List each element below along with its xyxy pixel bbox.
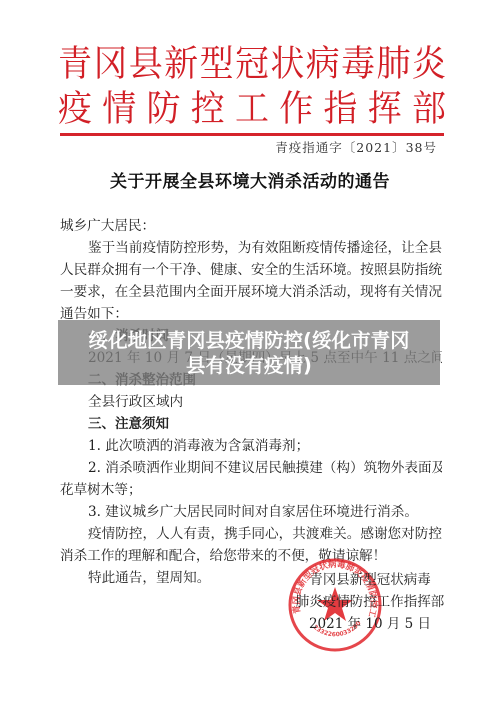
title-char: 冈 [93, 43, 127, 85]
title-char: 挥 [368, 88, 402, 130]
title-char: 县 [129, 43, 163, 85]
section-2-text: 全县行政区域内 [60, 391, 442, 413]
closing-line: 消杀工作的理解和配合，给您带来的不便，敬请谅解！ [60, 545, 442, 567]
title-char: 控 [191, 88, 225, 130]
title-char: 冠 [235, 43, 269, 85]
signature-date: 2021 年 10 月 5 日 [270, 613, 470, 635]
document-number: 青疫指通字〔2021〕38号 [275, 138, 437, 156]
intro-line: 鉴于当前疫情防控形势，为有效阻断疫情传播途径，让全县 [60, 237, 442, 259]
signature-line-2: 肺炎疫情防控工作指挥部 [270, 591, 470, 613]
intro-line: 人民群众拥有一个干净、健康、安全的生活环境。按照县防指统 [60, 259, 442, 281]
caption-line-2: 县有没有疫情) [64, 353, 434, 378]
title-char: 炎 [412, 43, 446, 85]
title-char: 作 [279, 88, 313, 130]
title-char: 肺 [377, 43, 411, 85]
intro-line: 一要求，在全县范围内全面开展环境大消杀活动，现将有关情况 [60, 281, 442, 303]
note-item: 2. 消杀喷洒作业期间不建议居民触摸建（构）筑物外表面及 [60, 457, 442, 479]
title-char: 型 [200, 43, 234, 85]
title-char: 青 [58, 43, 92, 85]
org-title-line-1: 青 冈 县 新 型 冠 状 病 毒 肺 炎 [58, 44, 446, 84]
title-char: 毒 [341, 43, 375, 85]
title-char: 防 [147, 88, 181, 130]
caption-line-1: 绥化地区青冈县疫情防控(绥化市青冈 [64, 328, 434, 353]
title-char: 新 [164, 43, 198, 85]
note-item: 3. 建议城乡广大居民同时间对自家居住环境进行消杀。 [60, 501, 442, 523]
notice-document: 青 冈 县 新 型 冠 状 病 毒 肺 炎 疫 情 防 控 工 作 指 挥 部 … [0, 0, 500, 706]
section-3-heading: 三、注意须知 [60, 413, 442, 435]
closing-line: 疫情防控，人人有责，携手同心，共渡难关。感谢您对防控 [60, 523, 442, 545]
title-char: 状 [270, 43, 304, 85]
signature-line-1: 青冈县新型冠状病毒 [270, 569, 470, 591]
title-char: 部 [412, 88, 446, 130]
title-char: 疫 [58, 88, 92, 130]
title-char: 病 [306, 43, 340, 85]
notice-body: 城乡广大居民： 鉴于当前疫情防控形势，为有效阻断疫情传播途径，让全县 人民群众拥… [60, 215, 442, 589]
title-char: 情 [102, 88, 136, 130]
org-title-line-2: 疫 情 防 控 工 作 指 挥 部 [58, 89, 446, 129]
note-item: 花草树木等； [60, 479, 442, 501]
salutation: 城乡广大居民： [60, 215, 442, 237]
red-divider-rule [60, 133, 444, 136]
title-char: 工 [235, 88, 269, 130]
title-char: 指 [324, 88, 358, 130]
notice-heading: 关于开展全县环境大消杀活动的通告 [0, 167, 500, 192]
note-item: 1. 此次喷洒的消毒液为含氯消毒剂； [60, 435, 442, 457]
caption-overlay-banner: 绥化地区青冈县疫情防控(绥化市青冈 县有没有疫情) [58, 320, 440, 385]
